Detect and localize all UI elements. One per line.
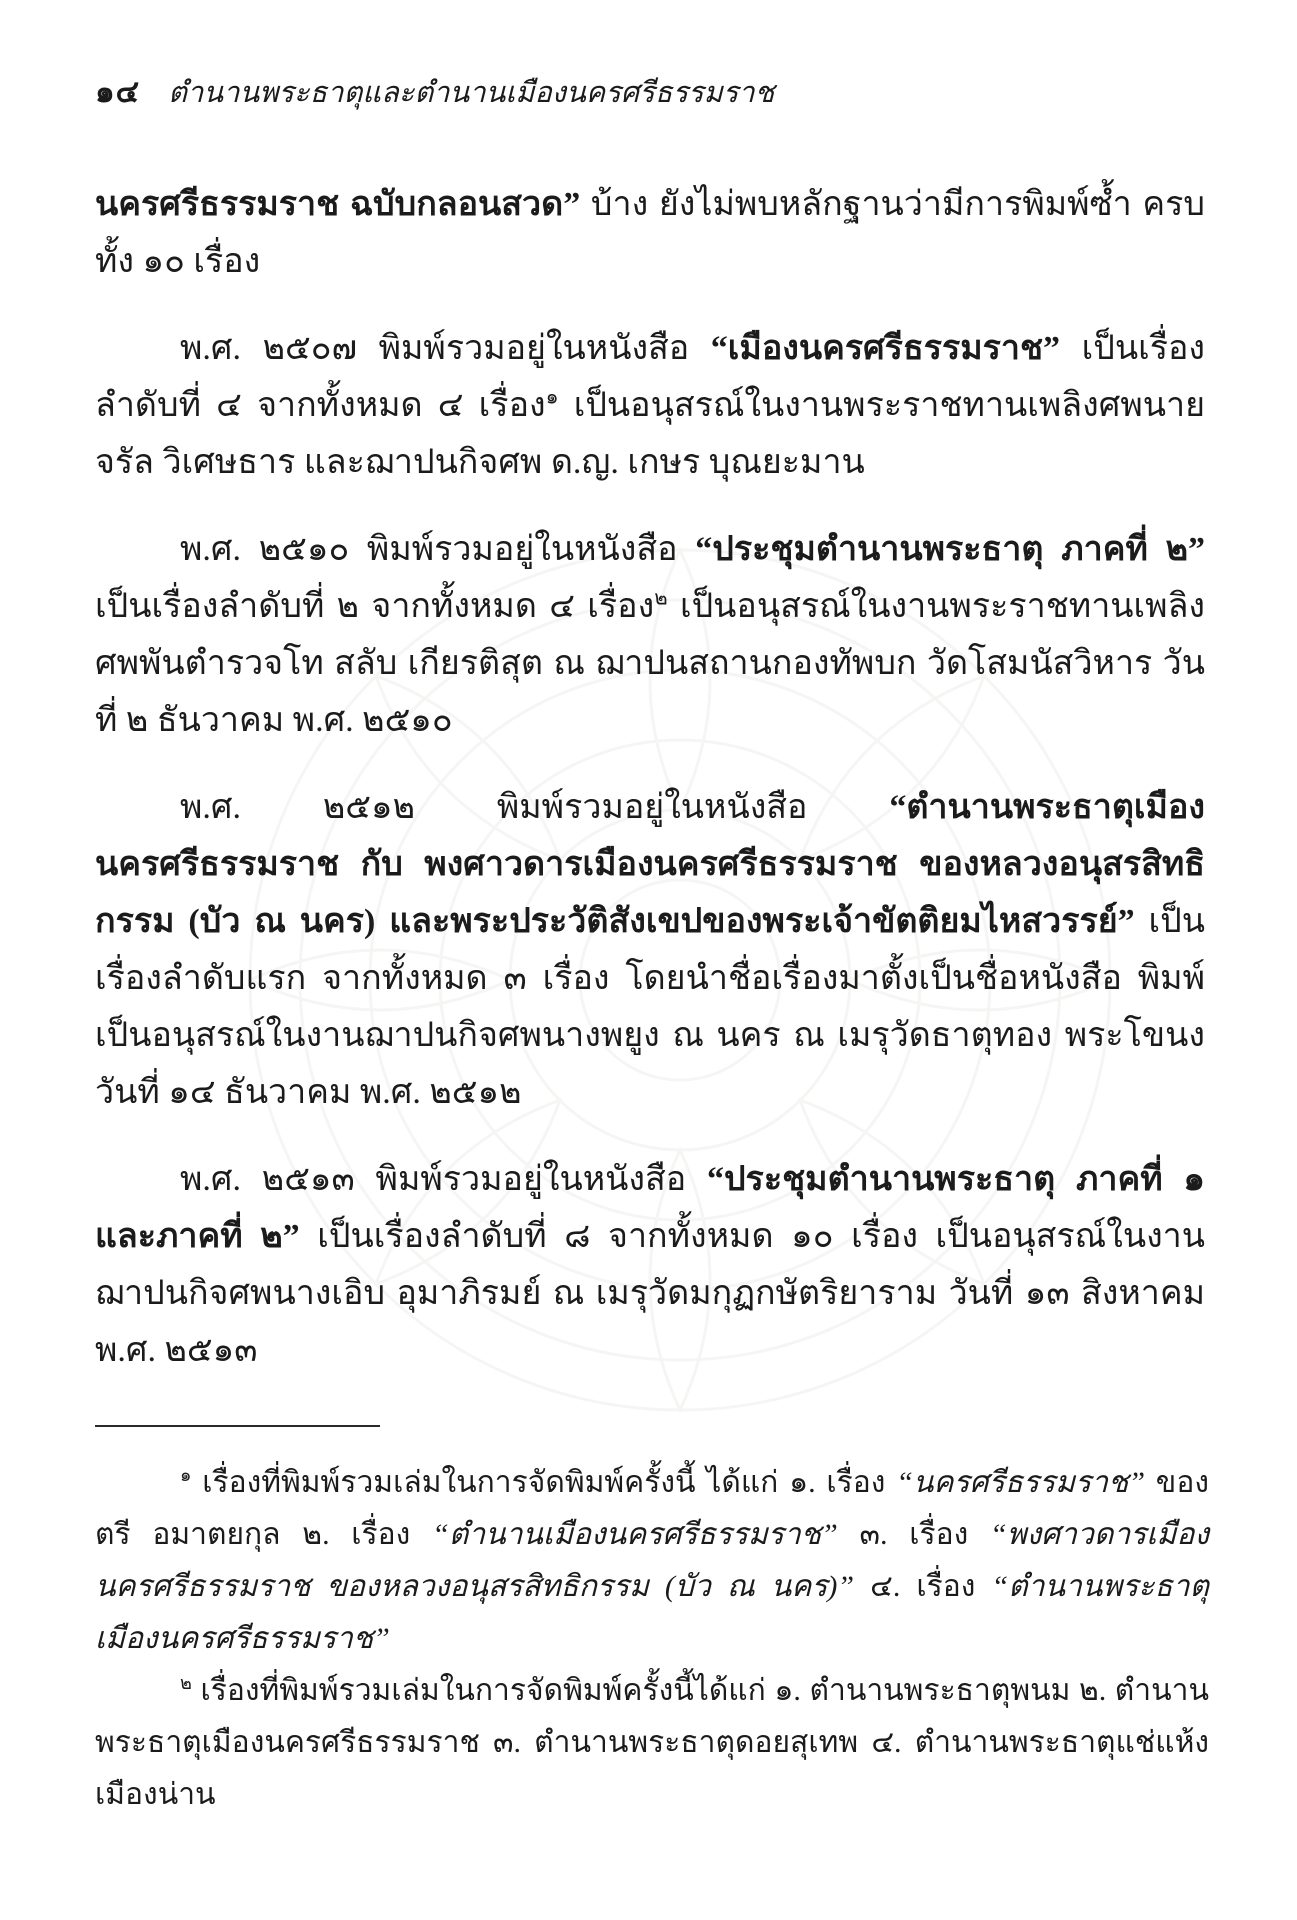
paragraph-2512: พ.ศ. ๒๕๑๒ พิมพ์รวมอยู่ในหนังสือ “ตำนานพร… bbox=[95, 779, 1205, 1121]
paragraph-2510: พ.ศ. ๒๕๑๐ พิมพ์รวมอยู่ในหนังสือ “ประชุมต… bbox=[95, 521, 1205, 749]
text-segment: ๓. เรื่อง bbox=[838, 1518, 990, 1551]
text-segment: ๔. เรื่อง bbox=[854, 1570, 991, 1603]
footnote-marker-1: ๑ bbox=[180, 1465, 191, 1485]
text-segment: พ.ศ. ๒๕๑๐ พิมพ์รวมอยู่ในหนังสือ bbox=[180, 531, 695, 568]
paragraph-2507: พ.ศ. ๒๕๐๗ พิมพ์รวมอยู่ในหนังสือ “เมืองนค… bbox=[95, 320, 1205, 491]
page-content: ๑๔ ตำนานพระธาตุและตำนานเมืองนครศรีธรรมรา… bbox=[0, 66, 1297, 1821]
body-text: นครศรีธรรมราช ฉบับกลอนสวด” บ้าง ยังไม่พบ… bbox=[95, 176, 1205, 1379]
footnote-ref-2: ๒ bbox=[654, 588, 667, 610]
page-number: ๑๔ bbox=[95, 66, 140, 116]
book-title-segment: “เมืองนครศรีธรรมราช” bbox=[711, 330, 1060, 367]
footnote-marker-2: ๒ bbox=[180, 1673, 192, 1693]
text-segment: เรื่องที่พิมพ์รวมเล่มในการจัดพิมพ์ครั้งน… bbox=[95, 1674, 1209, 1811]
text-segment: พ.ศ. ๒๕๑๒ พิมพ์รวมอยู่ในหนังสือ bbox=[180, 789, 889, 826]
book-title-segment: “ประชุมตำนานพระธาตุ ภาคที่ ๒” bbox=[695, 531, 1205, 568]
text-segment: เป็นเรื่องลำดับที่ ๒ จากทั้งหมด ๔ เรื่อง bbox=[95, 588, 654, 625]
paragraph-continuation: นครศรีธรรมราช ฉบับกลอนสวด” บ้าง ยังไม่พบ… bbox=[95, 176, 1205, 290]
cited-title-segment: “ตำนานเมืองนครศรีธรรมราช” bbox=[432, 1518, 838, 1551]
page-container: ๑๔ ตำนานพระธาตุและตำนานเมืองนครศรีธรรมรา… bbox=[0, 0, 1297, 1920]
cited-title-segment: “นครศรีธรรมราช” bbox=[896, 1466, 1145, 1499]
footnote-separator bbox=[95, 1425, 380, 1427]
text-segment: พ.ศ. ๒๕๐๗ พิมพ์รวมอยู่ในหนังสือ bbox=[180, 330, 711, 367]
paragraph-2513: พ.ศ. ๒๕๑๓ พิมพ์รวมอยู่ในหนังสือ “ประชุมต… bbox=[95, 1151, 1205, 1379]
text-segment: พ.ศ. ๒๕๑๓ พิมพ์รวมอยู่ในหนังสือ bbox=[180, 1161, 707, 1198]
text-segment: เรื่องที่พิมพ์รวมเล่มในการจัดพิมพ์ครั้งน… bbox=[191, 1466, 896, 1499]
page-header: ๑๔ ตำนานพระธาตุและตำนานเมืองนครศรีธรรมรา… bbox=[95, 66, 1205, 116]
footnote-1: ๑ เรื่องที่พิมพ์รวมเล่มในการจัดพิมพ์ครั้… bbox=[95, 1457, 1209, 1665]
running-title: ตำนานพระธาตุและตำนานเมืองนครศรีธรรมราช bbox=[168, 69, 774, 115]
footnote-ref-1: ๑ bbox=[546, 387, 559, 409]
text-segment-bold: นครศรีธรรมราช ฉบับกลอนสวด” bbox=[95, 186, 580, 223]
footnote-2: ๒ เรื่องที่พิมพ์รวมเล่มในการจัดพิมพ์ครั้… bbox=[95, 1665, 1209, 1821]
footnotes: ๑ เรื่องที่พิมพ์รวมเล่มในการจัดพิมพ์ครั้… bbox=[95, 1457, 1209, 1821]
